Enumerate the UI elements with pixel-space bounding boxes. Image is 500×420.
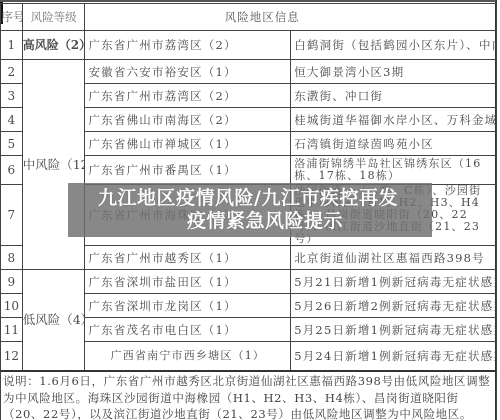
row-info: 5月21日新增1例新冠病毒无症状感染者 xyxy=(291,270,497,294)
row-info: 5月25日新增1例新冠病毒无症状感染者 xyxy=(291,318,497,342)
row-district: 广东省广州市番禺区（1） xyxy=(85,156,291,185)
row-district: 广西省南宁市西乡塘区（1） xyxy=(85,342,291,371)
level-mid-cell: 中风险（12） xyxy=(22,60,85,270)
row-seq: 6 xyxy=(1,156,23,185)
row-seq: 10 xyxy=(1,294,23,318)
header-info: 风险地区信息 xyxy=(85,4,497,31)
row-seq: 11 xyxy=(1,318,23,342)
row-district: 广东省茂名市电白区（1） xyxy=(85,318,291,342)
table-row: 1 高风险（2） 广东省广州市荔湾区（2） 白鹤洞街（包括鹤园小区东片）、中南街 xyxy=(1,31,497,60)
row-info: 5月26日新增2例新冠病毒无症状感染者 xyxy=(291,294,497,318)
table-row: 9 低风险（4） 广东省深圳市盐田区（1） 5月21日新增1例新冠病毒无症状感染… xyxy=(1,270,497,294)
row-info: 石湾镇街道绿茵鸣苑小区 xyxy=(291,132,497,156)
row-info: 5月24日新增1例新冠病毒无症状感染者 xyxy=(291,342,497,371)
row-district: 广东省深圳市盐田区（1） xyxy=(85,270,291,294)
row-info: 东漖街、冲口街 xyxy=(291,84,497,108)
row-seq: 7 xyxy=(1,185,23,246)
row-seq: 1 xyxy=(1,31,23,60)
row-district: 广东省广州市荔湾区（2） xyxy=(85,31,291,60)
row-info: 恒大御景湾小区3期 xyxy=(291,60,497,84)
headline-line-1: 九江地区疫情风险/九江市疾控再发 xyxy=(98,187,398,210)
row-seq: 3 xyxy=(1,84,23,108)
footnote: 说明：1.6月6日，广东省广州市越秀区北京街道仙湖社区惠福西路398号由低风险地… xyxy=(0,370,497,420)
headline-overlay: 九江地区疫情风险/九江市疾控再发 疫情紧急风险提示 xyxy=(68,183,432,237)
table-header-row: 序号 风险等级 风险地区信息 xyxy=(1,4,497,31)
headline-line-2: 疫情紧急风险提示 xyxy=(187,210,343,233)
row-district: 广东省佛山市禅城区（1） xyxy=(85,132,291,156)
row-district: 广东省佛山市南海区（2） xyxy=(85,108,291,132)
row-district: 安徽省六安市裕安区（1） xyxy=(85,60,291,84)
row-seq: 12 xyxy=(1,342,23,371)
row-seq: 5 xyxy=(1,132,23,156)
table-row: 2 中风险（12） 安徽省六安市裕安区（1） 恒大御景湾小区3期 xyxy=(1,60,497,84)
row-info: 北京街道仙湖社区惠福西路398号 xyxy=(291,246,497,270)
header-level: 风险等级 xyxy=(22,4,85,31)
level-high-cell: 高风险（2） xyxy=(22,31,85,60)
row-info: 桂城街道华福御水岸小区、万科金域名都小区 xyxy=(291,108,497,132)
header-seq: 序号 xyxy=(1,4,23,31)
row-district: 广东省广州市越秀区（1） xyxy=(85,246,291,270)
level-low-cell: 低风险（4） xyxy=(22,270,85,371)
row-district: 广东省广州市荔湾区（2） xyxy=(85,84,291,108)
row-district: 广东省深圳市龙岗区（1） xyxy=(85,294,291,318)
row-info: 白鹤洞街（包括鹤园小区东片）、中南街 xyxy=(291,31,497,60)
row-info: 洛浦街锦绣半岛社区锦绣东区（16栋、17栋、18栋） xyxy=(291,156,497,185)
row-seq: 2 xyxy=(1,60,23,84)
row-seq: 8 xyxy=(1,246,23,270)
row-seq: 4 xyxy=(1,108,23,132)
row-seq: 9 xyxy=(1,270,23,294)
